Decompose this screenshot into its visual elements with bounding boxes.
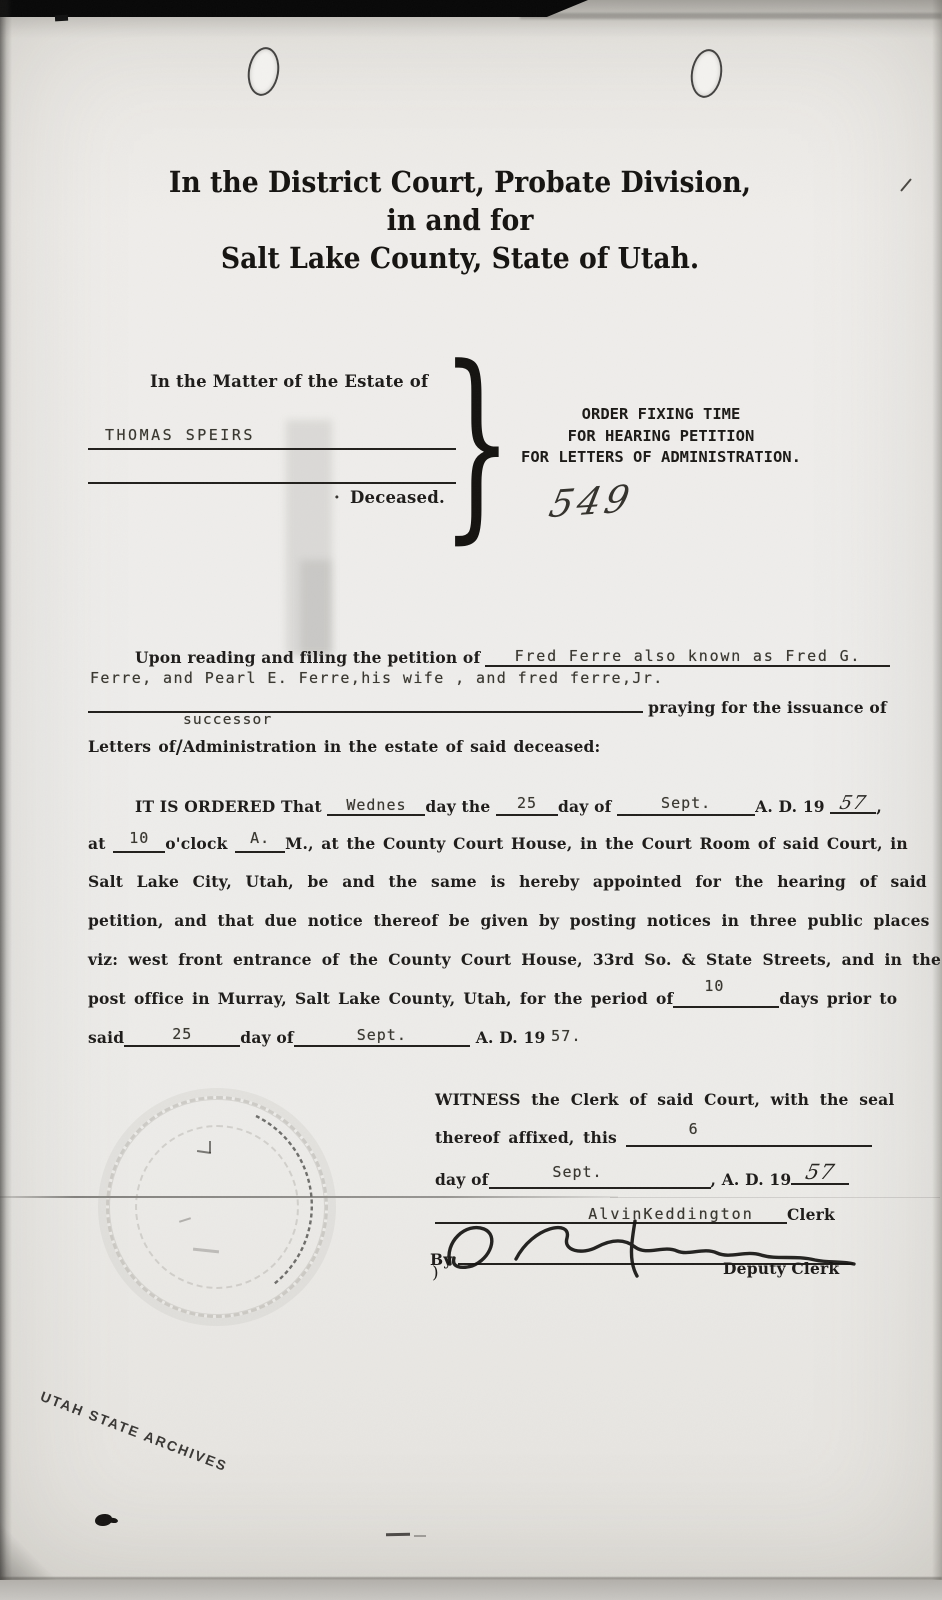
scanner-black-bar: [0, 0, 588, 17]
said-ad19-label: A. D. 19: [476, 1028, 546, 1047]
witness-dayof-label: day of: [435, 1170, 489, 1189]
after-weekday: day the: [425, 797, 490, 816]
said-dayof-label: day of: [240, 1028, 294, 1047]
witness-line3: day ofSept., A. D. 1957: [435, 1166, 849, 1189]
letters-suffix: Administration in the estate of said dec…: [183, 737, 601, 756]
petitioners-fill-field: Fred Ferre also known as Fred G.: [485, 648, 890, 667]
pencil-dash-faint: [414, 1535, 426, 1537]
seal-ink-crescent: [106, 1096, 322, 1312]
scanner-bed-bottom: [0, 1580, 942, 1600]
said-label: said: [88, 1028, 124, 1047]
witness-day-typed: 6: [689, 1120, 699, 1138]
bleed-through-smudge: [300, 560, 332, 655]
day-of-label: day of: [558, 797, 612, 816]
matter-label: In the Matter of the Estate of: [150, 372, 428, 391]
order-line6: post office in Murray, Salt Lake County,…: [88, 989, 897, 1008]
day-typed: 25: [517, 794, 537, 812]
deceased-label: Deceased.: [350, 488, 445, 507]
witness-month-typed: Sept.: [552, 1163, 602, 1181]
document-scan: In the District Court, Probate Division,…: [0, 0, 942, 1600]
petition-intro-line: Upon reading and filing the petition of …: [135, 648, 890, 667]
ad19-label: A. D. 19: [755, 797, 825, 816]
hour-typed: 10: [129, 829, 149, 847]
order-line6-suffix: days prior to: [779, 989, 897, 1008]
order-line4: petition, and that due notice thereof be…: [88, 911, 930, 930]
praying-label: praying for the issuance of: [648, 698, 887, 717]
order-line5: viz: west front entrance of the County C…: [88, 950, 941, 969]
decedent-name: THOMAS SPEIRS: [105, 426, 255, 444]
witness-year-handwritten: 57: [803, 1160, 837, 1184]
handwritten-docket-number: 549: [545, 477, 637, 527]
witness-line2-prefix: thereof affixed, this: [435, 1128, 617, 1147]
corner-shadow: [0, 1500, 70, 1583]
month-fill-field: Sept.: [617, 797, 755, 816]
scanner-bar-nub: [55, 15, 68, 22]
witness-day-fill-field: 6: [626, 1128, 872, 1147]
said-day-typed: 25: [172, 1025, 192, 1043]
weekday-typed: Wednes: [346, 796, 406, 814]
weekday-fill-field: Wednes: [327, 797, 425, 816]
order-line1: IT IS ORDERED That Wednes day the 25 day…: [88, 795, 882, 816]
comma: ,: [876, 797, 882, 816]
year-handwritten: 57: [838, 792, 869, 814]
day-fill-field: 25: [496, 797, 558, 816]
successor-insert: successor: [183, 712, 272, 728]
order-prefix: IT IS ORDERED That: [88, 797, 322, 816]
court-title-line2: in and for: [92, 201, 828, 239]
blank-fill: [88, 694, 643, 713]
page-right-edge-shadow: [932, 0, 942, 1583]
ampm-typed: A.: [250, 829, 270, 847]
order-line3: Salt Lake City, Utah, be and the same is…: [88, 872, 927, 891]
witness-line2: thereof affixed, this 6: [435, 1128, 872, 1147]
petition-intro: Upon reading and filing the petition of: [135, 648, 480, 667]
scan-streak: [520, 13, 942, 19]
pencil-dash: [386, 1533, 410, 1536]
caption-line-2: [88, 482, 456, 484]
said-year-typed: 57.: [551, 1027, 582, 1045]
court-title: In the District Court, Probate Division,…: [92, 163, 828, 277]
letters-line: Letters of/Administration in the estate …: [88, 735, 600, 757]
order-title-line3: FOR LETTERS OF ADMINISTRATION.: [500, 447, 822, 469]
order-title: ORDER FIXING TIME FOR HEARING PETITION F…: [500, 404, 822, 469]
court-title-line3: Salt Lake County, State of Utah.: [92, 239, 828, 277]
said-month-typed: Sept.: [357, 1026, 407, 1044]
page-left-edge-shadow: [0, 0, 12, 1583]
at-label: at: [88, 834, 106, 853]
caption-line-1: [88, 448, 456, 450]
month-typed: Sept.: [661, 794, 711, 812]
hour-fill-field: 10: [113, 834, 165, 853]
deputy-signature: [436, 1214, 866, 1280]
petitioners-typed: Fred Ferre also known as Fred G.: [515, 647, 862, 665]
ampm-fill-field: A.: [235, 834, 285, 853]
letters-prefix: Letters of: [88, 737, 176, 756]
said-month-fill-field: Sept.: [294, 1028, 470, 1047]
witness-month-fill-field: Sept.: [489, 1170, 711, 1189]
order-title-line1: ORDER FIXING TIME: [500, 404, 822, 426]
period-typed: 10: [704, 977, 724, 995]
petitioners-line2: Ferre, and Pearl E. Ferre,his wife , and…: [90, 669, 664, 687]
court-title-line1: In the District Court, Probate Division,: [92, 163, 828, 201]
caret-slash: /: [176, 736, 183, 758]
witness-year-fill-field: 57: [791, 1166, 849, 1185]
period-fill-field: 10: [673, 989, 779, 1008]
said-day-fill-field: 25: [124, 1028, 240, 1047]
witness-line1: WITNESS the Clerk of said Court, with th…: [435, 1090, 895, 1109]
order-title-line2: FOR HEARING PETITION: [500, 426, 822, 448]
oclock-label: o'clock: [165, 834, 227, 853]
fold-crease-faint: [610, 1197, 940, 1198]
order-line2: at 10 o'clock A. M., at the County Court…: [88, 834, 908, 853]
order-line7: said25day ofSept.A. D. 19 57.: [88, 1028, 582, 1047]
witness-ad19-label: , A. D. 19: [711, 1170, 792, 1189]
order-line2-rest: M., at the County Court House, in the Co…: [285, 834, 908, 853]
year-fill-field: 57: [830, 795, 876, 814]
order-line6-prefix: post office in Murray, Salt Lake County,…: [88, 989, 673, 1008]
